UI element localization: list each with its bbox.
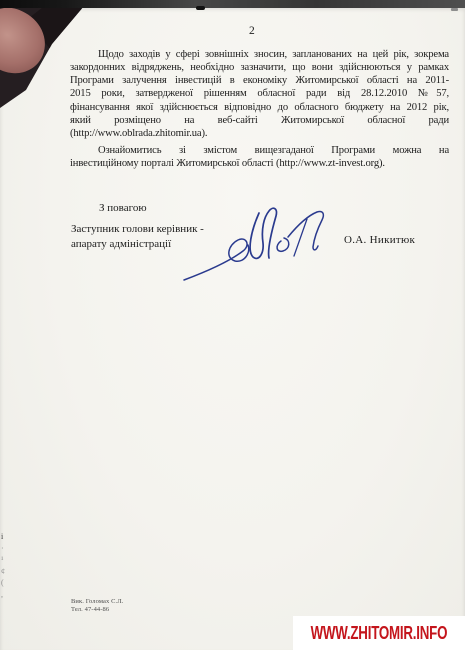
scan-edge-notch (196, 6, 205, 10)
scan-edge-mark (451, 8, 458, 11)
text-line: ¹ (1, 555, 13, 567)
scan-edge (0, 0, 465, 8)
site-watermark: WWW.ZHITOMIR.INFO (293, 616, 465, 650)
executor-block: Вик. Голомах С.Л. Тел. 47-44-86 (71, 598, 123, 614)
executor-phone: Тел. 47-44-86 (71, 606, 123, 614)
site-watermark-text: WWW.ZHITOMIR.INFO (311, 622, 448, 644)
text-line: і (1, 532, 13, 544)
text-line: · (1, 544, 13, 556)
text-line: Щодо заходів у сфері зовнішніх зносин, з… (70, 49, 449, 62)
executor-name: Вик. Голомах С.Л. (71, 598, 123, 606)
paper-sheet: 2 Щодо заходів у сфері зовнішніх зносин,… (0, 6, 465, 650)
text-line: фінансування якої здійснюється відповідн… (70, 102, 449, 115)
paragraph-investment-portal: Ознайомитись зі змістом вищезгаданої Про… (70, 145, 449, 171)
text-line: закордонних відряджень, необхідно зазнач… (70, 62, 449, 75)
text-line: Програми залучення інвестицій в економік… (70, 75, 449, 88)
closing-salutation: З повагою (99, 202, 147, 214)
text-line: ¢ (1, 567, 13, 579)
text-line: 2015 роки, затвердженої рішенням обласно… (70, 88, 449, 101)
text-line: інвестиційному порталі Житомирської обла… (70, 158, 449, 171)
text-line: , (1, 590, 13, 602)
text-line: Ознайомитись зі змістом вищезгаданої Про… (70, 145, 449, 158)
paragraph-foreign-relations: Щодо заходів у сфері зовнішніх зносин, з… (70, 49, 449, 141)
signer-name: О.А. Никитюк (344, 234, 415, 246)
page-edge-bleed-marks: і·¹¢(, (1, 532, 13, 601)
text-line: ( (1, 578, 13, 590)
page-number: 2 (249, 25, 255, 37)
text-line: (http://www.oblrada.zhitomir.ua). (70, 128, 449, 141)
text-line: який розміщено на веб-сайті Житомирської… (70, 115, 449, 128)
handwritten-signature (180, 200, 350, 286)
scanned-document-photo: 2 Щодо заходів у сфері зовнішніх зносин,… (0, 0, 465, 650)
